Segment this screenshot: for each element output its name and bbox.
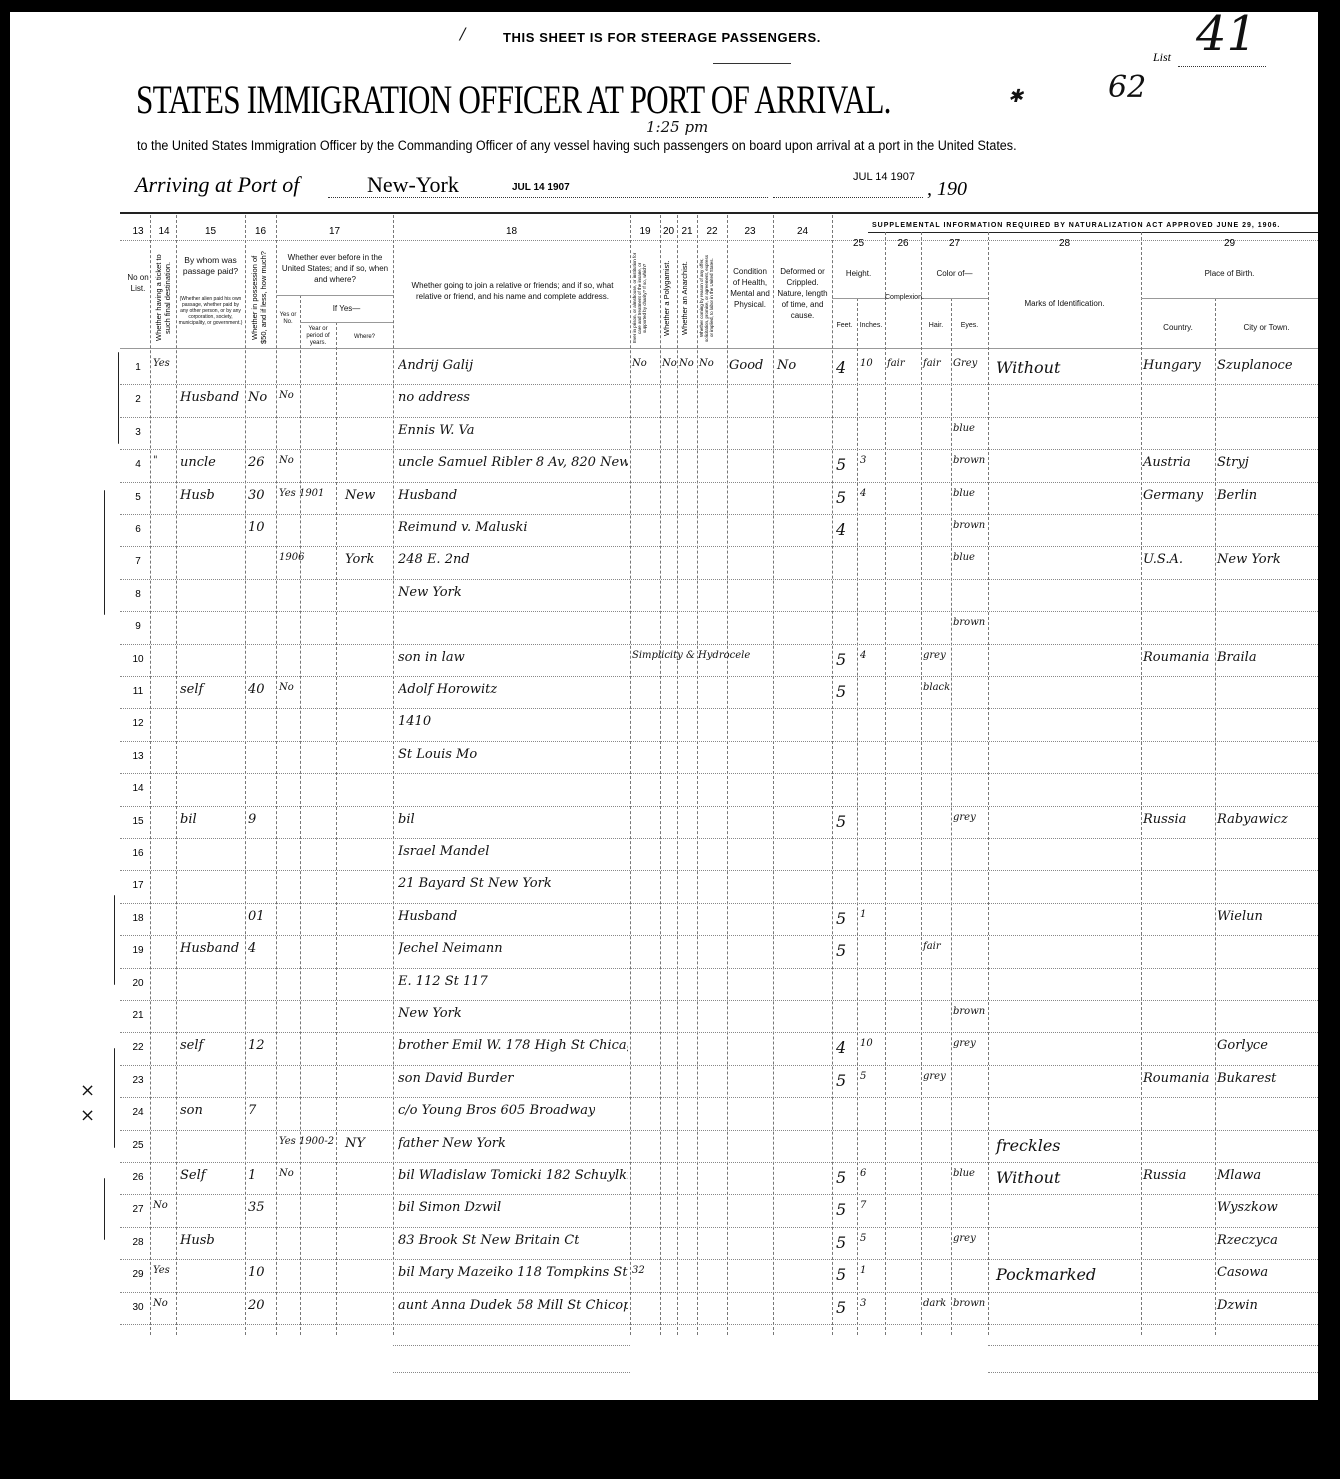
cell-city: Casowa — [1217, 1265, 1268, 1280]
cell-deformed: No — [777, 358, 796, 373]
cell-feet: 5 — [836, 1071, 846, 1090]
list-label: List — [1153, 50, 1171, 65]
cell-city: Berlin — [1217, 488, 1257, 503]
cell-hair: grey — [923, 650, 946, 661]
cell-paid: self — [180, 682, 203, 697]
cell-feet: 5 — [836, 941, 846, 960]
cell-city: Gorlyce — [1217, 1038, 1268, 1053]
cell-health: Good — [729, 358, 763, 373]
row-number: 2 — [126, 394, 150, 405]
year-suffix: , 190 — [927, 178, 967, 201]
row-number: 9 — [126, 621, 150, 632]
date-stamp-right: JUL 14 1907 — [853, 171, 915, 183]
blank-rule — [988, 1345, 1318, 1346]
col-line — [988, 232, 989, 1335]
row-rule — [120, 546, 1318, 547]
cell-c21: No — [679, 358, 694, 369]
cell-country: U.S.A. — [1143, 552, 1183, 567]
cell-c20: No — [662, 358, 677, 369]
cell-inches: 5 — [860, 1071, 866, 1082]
cell-marks: freckles — [996, 1136, 1061, 1155]
row-rule — [120, 1065, 1318, 1066]
row-rule — [120, 1227, 1318, 1228]
row-number: 1 — [126, 362, 150, 373]
row-number: 30 — [126, 1302, 150, 1313]
col-header-marks: Marks of Identification. — [988, 298, 1141, 309]
cell-eyes: blue — [953, 552, 975, 563]
cell-feet: 5 — [836, 1200, 846, 1219]
row-rule — [120, 1259, 1318, 1260]
cell-marks: Without — [996, 1168, 1060, 1187]
cell-join: 83 Brook St New Britain Ct — [398, 1233, 579, 1248]
col-line — [951, 298, 952, 1335]
col-number: 23 — [727, 226, 773, 237]
row-rule — [120, 968, 1318, 969]
date-stamp-left: JUL 14 1907 — [512, 182, 570, 193]
row-rule — [120, 611, 1318, 612]
cell-eyes: grey — [953, 812, 976, 823]
port-value: New-York — [367, 172, 459, 198]
cell-inches: 10 — [860, 358, 873, 369]
cell-money: 4 — [248, 941, 256, 956]
family-bracket — [104, 490, 105, 615]
col-line — [1141, 232, 1142, 1335]
cell-city: New York — [1217, 552, 1281, 567]
col-line — [150, 215, 151, 1335]
col-number: 29 — [1141, 238, 1318, 249]
subheader-rule — [276, 295, 393, 296]
col-header-color-of: Color of— — [921, 268, 988, 279]
cell-before: 1906 — [279, 552, 304, 563]
col-header-passage-paid: By whom was passage paid? — [178, 255, 243, 277]
col-header-deformed: Deformed or Crippled. Nature, length of … — [775, 266, 830, 321]
cell-join: c/o Young Bros 605 Broadway — [398, 1103, 595, 1118]
cell-country: Roumania — [1143, 650, 1209, 665]
row-number: 4 — [126, 459, 150, 470]
row-number: 12 — [126, 718, 150, 729]
cell-join: brother Emil W. 178 High St Chicago Ill — [398, 1038, 628, 1053]
col-number: 20 — [660, 226, 677, 237]
supplemental-heading: SUPPLEMENTAL INFORMATION REQUIRED BY NAT… — [872, 222, 1280, 229]
col-line — [727, 215, 728, 1335]
cell-ticket: No — [153, 1200, 168, 1211]
row-rule — [120, 838, 1318, 839]
cell-city: Rabyawicz — [1217, 812, 1288, 827]
manifest-page — [10, 12, 1318, 1400]
ink-mark-icon: ✱ — [1008, 86, 1023, 107]
col-number: 28 — [988, 238, 1141, 249]
cross-mark: × — [80, 1080, 95, 1101]
col-header-been-in-us: Whether ever before in the United States… — [280, 252, 390, 285]
row-number: 6 — [126, 524, 150, 535]
cell-inches: 7 — [860, 1200, 866, 1211]
cell-join: bil Wladislaw Tomicki 182 Schuylkill St … — [398, 1168, 628, 1183]
row-number: 16 — [126, 848, 150, 859]
list-underline — [1178, 66, 1266, 67]
cell-money: 40 — [248, 682, 265, 697]
cell-inches: 1 — [860, 1265, 866, 1276]
cell-join: Jechel Neimann — [398, 941, 503, 956]
cell-paid: self — [180, 1038, 203, 1053]
row-number: 13 — [126, 751, 150, 762]
cell-join: son in law — [398, 650, 465, 665]
cell-feet: 5 — [836, 1298, 846, 1317]
steerage-note: THIS SHEET IS FOR STEERAGE PASSENGERS. — [503, 30, 821, 45]
list-number: 41 — [1196, 6, 1257, 62]
col-header-birthplace: Place of Birth. — [1141, 268, 1318, 279]
row-rule — [120, 935, 1318, 936]
cell-feet: 5 — [836, 1168, 846, 1187]
cell-eyes: blue — [953, 423, 975, 434]
cell-money: 30 — [248, 488, 265, 503]
col-line — [630, 215, 631, 1335]
col-header-feet: Feet. — [832, 320, 857, 331]
cell-money: 12 — [248, 1038, 265, 1053]
row-rule — [120, 417, 1318, 418]
col-header-city: City or Town. — [1215, 322, 1318, 333]
row-rule — [120, 870, 1318, 871]
cell-join: father New York — [398, 1136, 506, 1151]
cell-where: York — [345, 552, 374, 567]
cell-money: 7 — [248, 1103, 256, 1118]
family-bracket — [104, 1178, 105, 1240]
cell-eyes: grey — [953, 1038, 976, 1049]
cell-c22: No — [699, 358, 714, 369]
cell-join: New York — [398, 585, 462, 600]
cell-eyes: brown — [953, 1298, 985, 1309]
cell-eyes: grey — [953, 1233, 976, 1244]
col-line — [1215, 298, 1216, 1335]
row-number: 19 — [126, 945, 150, 956]
row-rule — [120, 1292, 1318, 1293]
divider — [713, 63, 791, 64]
cell-inches: 3 — [860, 1298, 866, 1309]
cell-hair: black — [923, 682, 950, 693]
cell-country: Hungary — [1143, 358, 1201, 373]
row-number: 8 — [126, 589, 150, 600]
cell-paid: Husband — [180, 390, 239, 405]
col-number: 21 — [677, 226, 697, 237]
cell-c19: Simplicity & Hydrocele — [632, 650, 750, 661]
col-header-anarchist: Whether an Anarchist. — [680, 252, 694, 344]
cell-money: 10 — [248, 520, 265, 535]
col-line — [336, 322, 337, 1335]
col-header-inches: Inches. — [857, 320, 885, 331]
cell-eyes: brown — [953, 617, 985, 628]
cell-city: Bukarest — [1217, 1071, 1276, 1086]
subheader-rule — [1141, 298, 1318, 299]
cell-city: Wielun — [1217, 909, 1263, 924]
family-bracket — [114, 1048, 115, 1148]
col-line — [677, 215, 678, 1335]
supplemental-rule — [868, 232, 1318, 233]
row-number: 5 — [126, 492, 150, 503]
cell-country: Germany — [1143, 488, 1203, 503]
cell-city: Rzeczyca — [1217, 1233, 1278, 1248]
cell-paid: son — [180, 1103, 203, 1118]
cell-city: Mlawa — [1217, 1168, 1261, 1183]
col-header-money: Whether in possession of $50, and if les… — [250, 250, 272, 345]
col-header-passage-note: (Whether alien paid his own passage, whe… — [178, 296, 243, 326]
cell-marks: Without — [996, 358, 1060, 377]
cell-paid: Husb — [180, 1233, 215, 1248]
row-rule — [120, 1032, 1318, 1033]
col-header-yes-no: Yes or No. — [277, 312, 299, 326]
col-line — [660, 215, 661, 1335]
row-rule — [120, 676, 1318, 677]
cell-where: New — [345, 488, 375, 503]
cell-money: No — [248, 390, 267, 405]
col-line — [857, 298, 858, 1335]
cell-inches: 4 — [860, 650, 866, 661]
cell-before: No — [279, 682, 294, 693]
row-number: 14 — [126, 783, 150, 794]
row-number: 28 — [126, 1237, 150, 1248]
row-rule — [120, 644, 1318, 645]
blank-rule — [393, 1372, 630, 1373]
cell-feet: 4 — [836, 358, 846, 377]
cell-ticket: Yes — [153, 1265, 170, 1276]
cell-hair: fair — [923, 358, 941, 369]
subheader-rule — [921, 298, 988, 299]
cell-join: 21 Bayard St New York — [398, 876, 552, 891]
cell-ticket: Yes — [153, 358, 170, 369]
cell-feet: 5 — [836, 1233, 846, 1252]
cell-c19: No — [632, 358, 647, 369]
cell-country: Austria — [1143, 455, 1191, 470]
cell-money: 1 — [248, 1168, 256, 1183]
col-number: 16 — [245, 226, 276, 237]
row-number: 25 — [126, 1140, 150, 1151]
cell-eyes: brown — [953, 520, 985, 531]
cell-city: Dzwin — [1217, 1298, 1258, 1313]
col-line — [773, 215, 774, 1335]
row-rule — [120, 514, 1318, 515]
col-header-health: Condition of Health, Mental and Physical… — [729, 266, 771, 310]
cell-paid: Self — [180, 1168, 206, 1183]
page-subtitle: to the United States Immigration Officer… — [137, 138, 1017, 153]
col-line — [393, 215, 394, 1335]
cell-feet: 5 — [836, 455, 846, 474]
cell-money: 35 — [248, 1200, 265, 1215]
col-header-hair: Hair. — [921, 320, 951, 331]
col-header-polygamist: Whether a Polygamist. — [662, 252, 676, 344]
col-number: 15 — [176, 226, 245, 237]
col-number: 19 — [630, 226, 660, 237]
col-line — [176, 215, 177, 1335]
col-header-country: Country. — [1141, 322, 1215, 333]
col-header-eyes: Eyes. — [951, 320, 988, 331]
cell-join: Husband — [398, 488, 457, 503]
cell-eyes: brown — [953, 455, 985, 466]
col-line — [697, 215, 698, 1335]
cell-feet: 5 — [836, 682, 846, 701]
family-bracket — [118, 352, 119, 444]
cell-inches: 1 — [860, 909, 866, 920]
cell-country: Russia — [1143, 812, 1186, 827]
col-line — [276, 215, 277, 1335]
cell-eyes: Grey — [953, 358, 977, 369]
cell-paid: uncle — [180, 455, 216, 470]
cell-country: Roumania — [1143, 1071, 1209, 1086]
row-rule — [120, 1097, 1318, 1098]
row-rule — [120, 1000, 1318, 1001]
cell-city: Szuplanoce — [1217, 358, 1293, 373]
row-number: 18 — [126, 913, 150, 924]
row-number: 15 — [126, 816, 150, 827]
table-top-border — [120, 212, 1318, 214]
row-rule — [120, 482, 1318, 483]
cell-hair: dark — [923, 1298, 946, 1309]
cell-inches: 5 — [860, 1233, 866, 1244]
cell-join: Israel Mandel — [398, 844, 489, 859]
col-number: 18 — [393, 226, 630, 237]
row-rule — [120, 903, 1318, 904]
row-rule — [120, 384, 1318, 385]
row-number: 29 — [126, 1269, 150, 1280]
row-number: 10 — [126, 654, 150, 665]
cell-country: Russia — [1143, 1168, 1186, 1183]
cell-hair: grey — [923, 1071, 946, 1082]
cell-join: son David Burder — [398, 1071, 514, 1086]
row-rule — [120, 708, 1318, 709]
col-header-complexion: Complexion. — [885, 292, 921, 303]
cell-join: Ennis W. Va — [398, 423, 475, 438]
col-number: 13 — [126, 226, 150, 237]
cell-join: E. 112 St 117 — [398, 974, 488, 989]
row-number: 17 — [126, 880, 150, 891]
page-title: STATES IMMIGRATION OFFICER AT PORT OF AR… — [136, 76, 891, 123]
col-number: 17 — [276, 226, 393, 237]
cell-join: bil Mary Mazeiko 118 Tompkins St Brookly… — [398, 1265, 628, 1280]
row-rule — [120, 1162, 1318, 1163]
col-line — [245, 215, 246, 1335]
row-number: 3 — [126, 427, 150, 438]
col-number: 27 — [921, 238, 988, 249]
cell-join: Andrij Galij — [398, 358, 473, 373]
col-line — [921, 232, 922, 1335]
cell-before: No — [279, 390, 294, 401]
subheader-rule — [832, 298, 885, 299]
row-rule — [120, 579, 1318, 580]
col-header-where: Where? — [336, 332, 393, 343]
col-header-prison: Ever in prison, or almshouse, or institu… — [632, 252, 658, 344]
col-header-height: Height. — [832, 268, 885, 279]
cell-join: St Louis Mo — [398, 747, 477, 762]
row-number: 22 — [126, 1042, 150, 1053]
blank-rule — [988, 1372, 1318, 1373]
cell-feet: 5 — [836, 488, 846, 507]
row-number: 21 — [126, 1010, 150, 1021]
blank-rule — [393, 1345, 630, 1346]
cross-mark: × — [80, 1105, 95, 1126]
margin-mark: / — [460, 24, 465, 43]
cell-city: Braila — [1217, 650, 1257, 665]
cell-feet: 5 — [836, 909, 846, 928]
cell-inches: 10 — [860, 1038, 873, 1049]
cell-eyes: blue — [953, 488, 975, 499]
cell-paid: bil — [180, 812, 197, 827]
col-number: 26 — [885, 238, 921, 249]
col-header-no: No on List. — [126, 272, 150, 294]
cell-join: Husband — [398, 909, 457, 924]
cell-join: 1410 — [398, 714, 431, 729]
row-number: 24 — [126, 1107, 150, 1118]
time-note: 1:25 pm — [646, 118, 708, 136]
cell-before: Yes 1900-2 — [279, 1136, 334, 1147]
col-header-labor-offer: Whether coming by reason of any offer, s… — [699, 252, 725, 344]
col-line — [885, 232, 886, 1335]
family-bracket — [114, 895, 115, 985]
cell-join: uncle Samuel Ribler 8 Av, 820 New York — [398, 455, 628, 470]
col-header-if-yes: If Yes— — [300, 303, 393, 314]
col-header-year: Year or period of years. — [301, 326, 335, 347]
cell-money: 10 — [248, 1265, 265, 1280]
cell-eyes: brown — [953, 1006, 985, 1017]
cell-before: No — [279, 455, 294, 466]
col-line — [832, 215, 833, 1335]
cell-inches: 6 — [860, 1168, 866, 1179]
cell-feet: 4 — [836, 520, 846, 539]
cell-feet: 4 — [836, 1038, 846, 1057]
subheader-rule — [300, 322, 393, 323]
page-note: 62 — [1108, 70, 1146, 105]
row-number: 20 — [126, 978, 150, 989]
row-rule — [120, 1130, 1318, 1131]
cell-city: Stryj — [1217, 455, 1249, 470]
cell-inches: 3 — [860, 455, 866, 466]
cell-before: No — [279, 1168, 294, 1179]
cell-money: 26 — [248, 455, 265, 470]
row-rule — [120, 773, 1318, 774]
row-number: 26 — [126, 1172, 150, 1183]
cell-where: NY — [345, 1136, 365, 1151]
col-number: 22 — [697, 226, 727, 237]
cell-feet: 5 — [836, 650, 846, 669]
arriving-label: Arriving at Port of — [135, 172, 299, 198]
row-number: 27 — [126, 1204, 150, 1215]
cell-ticket: No — [153, 1298, 168, 1309]
col-line — [300, 295, 301, 1335]
col-header-ticket: Whether having a ticket to such final de… — [154, 250, 174, 345]
date-underline — [773, 197, 923, 198]
cell-feet: 5 — [836, 812, 846, 831]
cell-paid: Husband — [180, 941, 239, 956]
row-number: 23 — [126, 1075, 150, 1086]
row-rule — [120, 806, 1318, 807]
cell-marks: Pockmarked — [996, 1265, 1096, 1284]
cell-join: aunt Anna Dudek 58 Mill St Chicopee Mass — [398, 1298, 628, 1313]
cell-join: no address — [398, 390, 470, 405]
cell-join: Reimund v. Maluski — [398, 520, 528, 535]
row-rule — [120, 1194, 1318, 1195]
row-rule — [120, 449, 1318, 450]
cell-join: bil Simon Dzwil — [398, 1200, 501, 1215]
col-number: 25 — [832, 238, 885, 249]
cell-join: 248 E. 2nd — [398, 552, 470, 567]
row-number: 11 — [126, 686, 150, 697]
cell-c19: 32 — [632, 1265, 645, 1276]
col-number: 24 — [773, 226, 832, 237]
cell-eyes: blue — [953, 1168, 975, 1179]
cell-ticket: " — [153, 455, 158, 466]
cell-city: Wyszkow — [1217, 1200, 1278, 1215]
cell-inches: 4 — [860, 488, 866, 499]
cell-complexion: fair — [887, 358, 905, 369]
cell-paid: Husb — [180, 488, 215, 503]
cell-before: Yes 1901 — [279, 488, 324, 499]
cell-join: bil — [398, 812, 415, 827]
